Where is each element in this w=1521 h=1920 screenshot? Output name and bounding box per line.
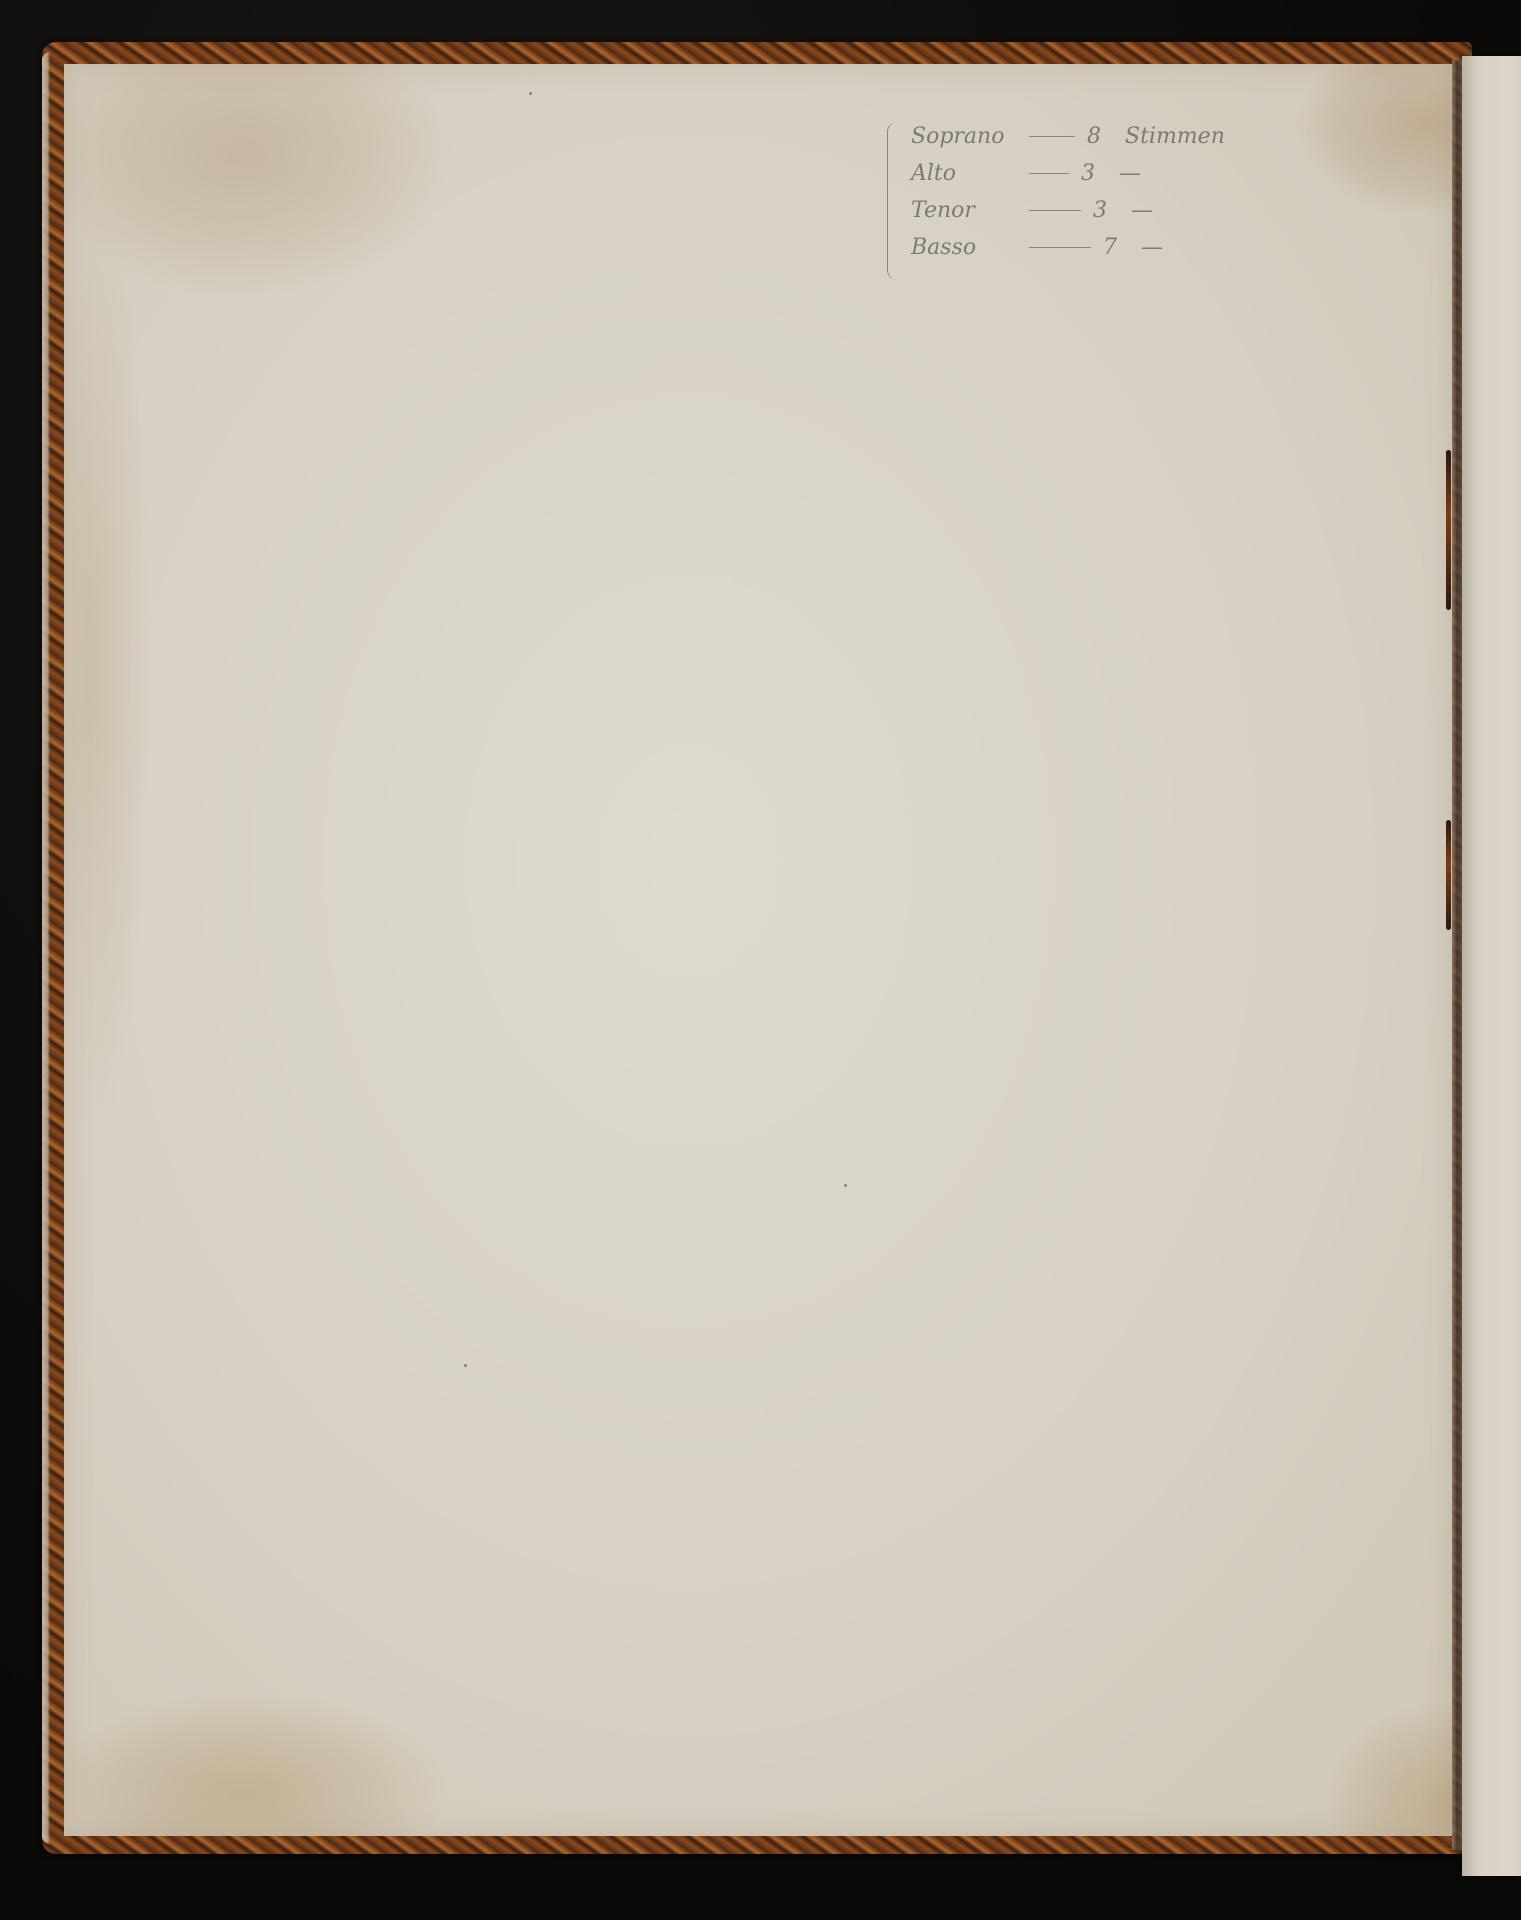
- pencil-voice-parts-note: Soprano 8 Stimmen Alto 3 — Tenor 3 — Bas…: [895, 118, 1235, 266]
- voice-label: Tenor: [911, 198, 1029, 223]
- voice-count: 3: [1093, 198, 1131, 223]
- voice-suffix: —: [1131, 198, 1221, 223]
- voice-suffix: —: [1119, 161, 1209, 186]
- dash-mark: [1029, 247, 1091, 248]
- voice-count: 3: [1081, 161, 1119, 186]
- note-row-basso: Basso 7 —: [895, 229, 1235, 266]
- voice-count: 8: [1087, 124, 1125, 149]
- dash-mark: [1029, 173, 1069, 174]
- voice-suffix: Stimmen: [1125, 124, 1215, 149]
- voice-label: Soprano: [911, 124, 1029, 149]
- gutter-tear: [1446, 450, 1451, 610]
- paper-speck: [464, 1364, 467, 1367]
- gutter-tear: [1446, 820, 1451, 930]
- voice-suffix: —: [1141, 235, 1231, 260]
- note-row-soprano: Soprano 8 Stimmen: [895, 118, 1235, 155]
- paper-speck: [844, 1184, 847, 1187]
- dash-mark: [1029, 136, 1075, 137]
- opposite-flyleaf: [1462, 56, 1521, 1876]
- photo-scene: Soprano 8 Stimmen Alto 3 — Tenor 3 — Bas…: [0, 0, 1521, 1920]
- pastedown-paper: [64, 64, 1452, 1836]
- voice-label: Alto: [911, 161, 1029, 186]
- dash-mark: [1029, 210, 1081, 211]
- voice-count: 7: [1103, 235, 1141, 260]
- paper-speck: [529, 92, 532, 95]
- voice-label: Basso: [911, 235, 1029, 260]
- note-row-tenor: Tenor 3 —: [895, 192, 1235, 229]
- brace-mark: [887, 122, 902, 280]
- note-row-alto: Alto 3 —: [895, 155, 1235, 192]
